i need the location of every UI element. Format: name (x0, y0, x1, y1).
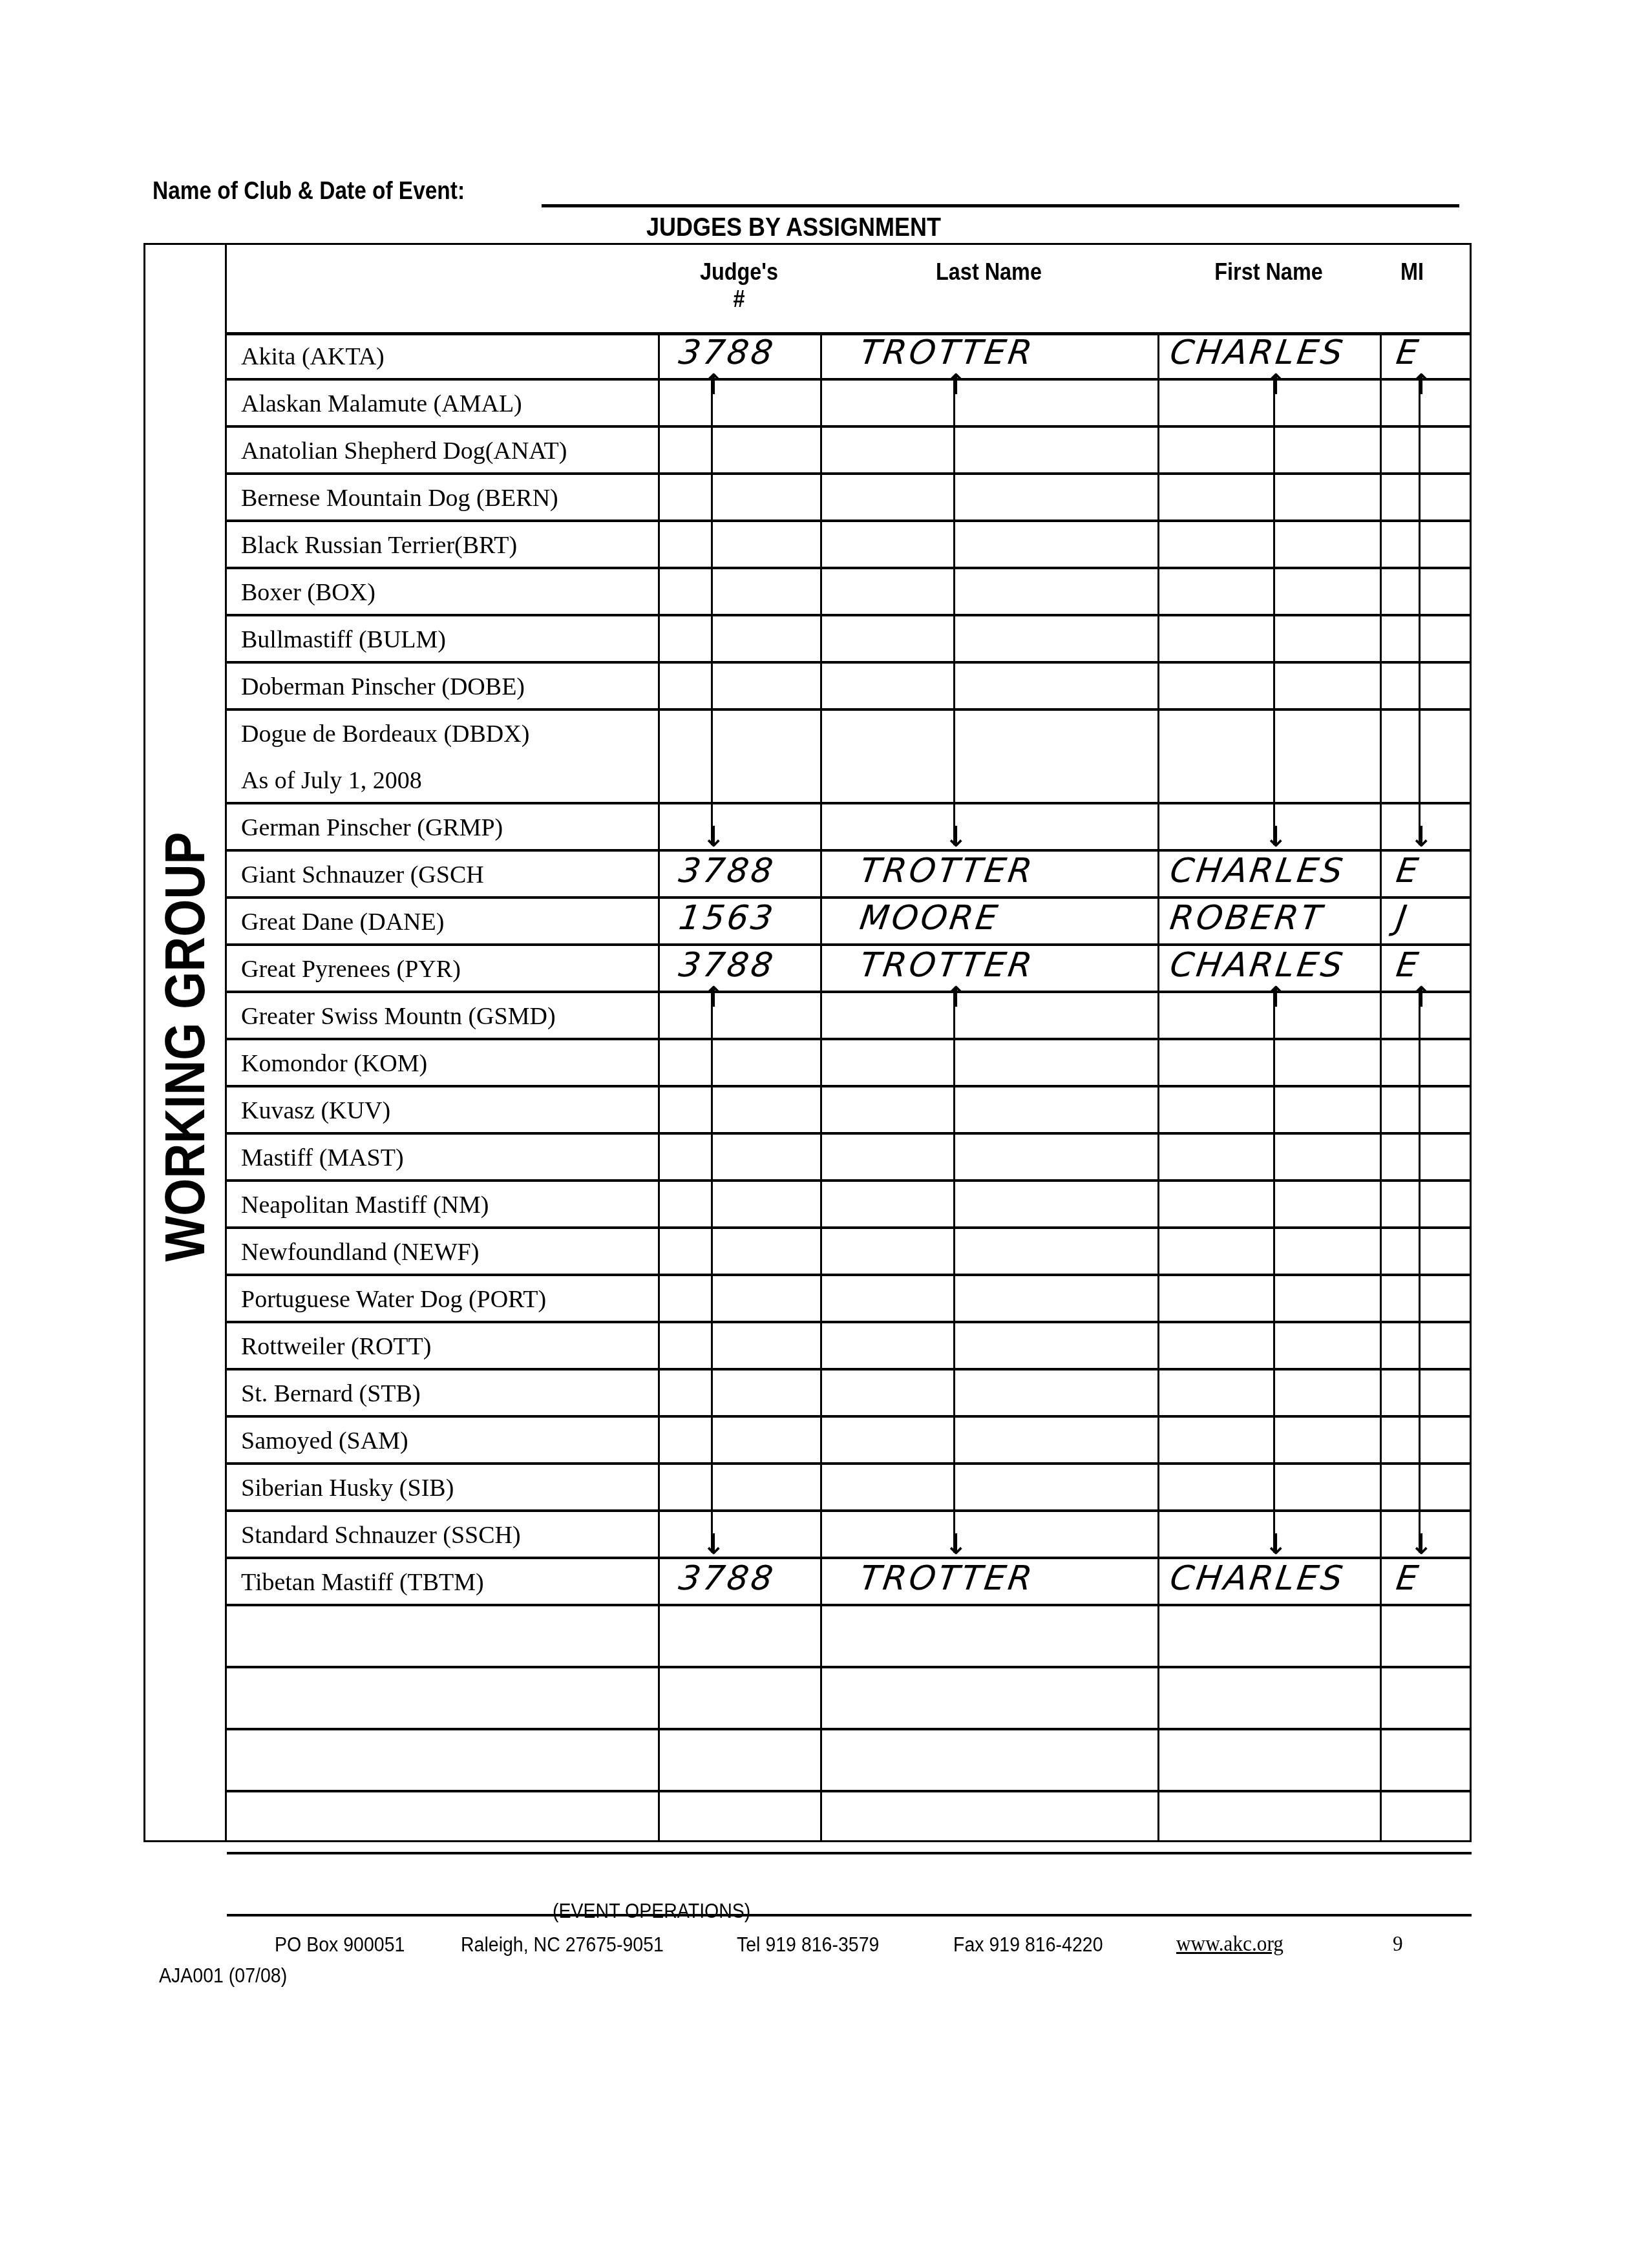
table-row: Komondor (KOM) (227, 1040, 1472, 1087)
table-row: Doberman Pinscher (DOBE) (227, 664, 1472, 711)
first-name-cell[interactable]: CHARLES (1168, 852, 1347, 890)
table-row: Boxer (BOX) (227, 569, 1472, 616)
footer-fax: Fax 919 816-4220 (953, 1933, 1103, 1957)
table-row (227, 1730, 1472, 1792)
last-name-cell[interactable]: TROTTER (858, 946, 1037, 985)
arrow-up-icon: ↑ (1410, 983, 1433, 1012)
arrow-up-icon: ↑ (944, 371, 968, 399)
mi-cell[interactable]: E (1394, 852, 1423, 890)
table-row: Kuvasz (KUV) (227, 1087, 1472, 1135)
breed-name: Alaskan Malamute (AMAL) (241, 390, 522, 418)
breed-name: St. Bernard (STB) (241, 1380, 421, 1408)
ditto-arrow-icon (953, 990, 955, 1553)
breed-name: Doberman Pinscher (DOBE) (241, 673, 525, 701)
first-name-cell[interactable]: ROBERT (1168, 899, 1327, 938)
col-header-judge-number: Judge's # (666, 258, 812, 313)
club-date-label: Name of Club & Date of Event: (153, 178, 465, 205)
table-row: Bernese Mountain Dog (BERN) (227, 475, 1472, 522)
table-row: Portuguese Water Dog (PORT) (227, 1276, 1472, 1323)
breed-name: Kuvasz (KUV) (241, 1097, 390, 1125)
judge-number-cell[interactable]: 3788 (677, 1559, 778, 1598)
last-name-cell[interactable]: TROTTER (858, 852, 1037, 890)
arrow-down-icon: ↓ (702, 823, 726, 852)
breed-name: Standard Schnauzer (SSCH) (241, 1521, 521, 1549)
mi-cell[interactable]: E (1394, 1559, 1423, 1598)
breed-name: Siberian Husky (SIB) (241, 1474, 454, 1502)
breed-name: Mastiff (MAST) (241, 1144, 404, 1172)
table-row (227, 1606, 1472, 1668)
breed-name: Samoyed (SAM) (241, 1427, 408, 1455)
table-row: Black Russian Terrier(BRT) (227, 522, 1472, 569)
ditto-arrow-icon (1273, 990, 1275, 1553)
judge-number-cell[interactable]: 1563 (677, 899, 778, 938)
table-row: Anatolian Shepherd Dog(ANAT) (227, 428, 1472, 475)
judge-number-cell[interactable]: 3788 (677, 852, 778, 890)
arrow-up-icon: ↑ (702, 983, 726, 1012)
mi-cell[interactable]: J (1394, 899, 1412, 938)
breed-name: Black Russian Terrier(BRT) (241, 531, 517, 560)
arrow-down-icon: ↓ (944, 823, 968, 852)
first-name-cell[interactable]: CHARLES (1168, 1559, 1347, 1598)
arrow-up-icon: ↑ (702, 371, 726, 399)
table-row: Newfoundland (NEWF) (227, 1229, 1472, 1276)
ditto-arrow-icon (711, 377, 713, 845)
club-date-field[interactable] (542, 204, 1459, 207)
breed-name: Boxer (BOX) (241, 578, 375, 607)
last-name-cell[interactable]: TROTTER (858, 333, 1037, 372)
first-name-cell[interactable]: CHARLES (1168, 333, 1347, 372)
footer-city: Raleigh, NC 27675-9051 (461, 1933, 664, 1957)
last-name-cell[interactable]: TROTTER (858, 1559, 1037, 1598)
breed-name: Anatolian Shepherd Dog(ANAT) (241, 437, 567, 465)
table-row: Giant Schnauzer (GSCH3788TROTTERCHARLESE (227, 852, 1472, 899)
footer-website-link[interactable]: www.akc.org (1176, 1932, 1284, 1957)
arrow-down-icon: ↓ (1410, 823, 1433, 852)
col-header-first-name: First Name (1168, 258, 1369, 286)
arrow-up-icon: ↑ (1264, 983, 1288, 1012)
table-row: Mastiff (MAST) (227, 1135, 1472, 1182)
breed-name: Bullmastiff (BULM) (241, 625, 446, 654)
arrow-up-icon: ↑ (1264, 371, 1288, 399)
breed-name: Giant Schnauzer (GSCH (241, 861, 484, 889)
table-row: Great Dane (DANE)1563MOOREROBERTJ (227, 899, 1472, 946)
ditto-arrow-icon (1419, 990, 1421, 1553)
footer-dept: (EVENT OPERATIONS) (553, 1900, 750, 1923)
table-row (227, 1792, 1472, 1854)
breed-name: Portuguese Water Dog (PORT) (241, 1285, 546, 1314)
table-row: Neapolitan Mastiff (NM) (227, 1182, 1472, 1229)
arrow-up-icon: ↑ (944, 983, 968, 1012)
table-row: Samoyed (SAM) (227, 1418, 1472, 1465)
table-row: Tibetan Mastiff (TBTM)3788TROTTERCHARLES… (227, 1559, 1472, 1606)
last-name-cell[interactable]: MOORE (858, 899, 1002, 938)
breed-name: Great Dane (DANE) (241, 908, 444, 936)
breed-name: Great Pyrenees (PYR) (241, 955, 461, 983)
table-row (227, 1668, 1472, 1730)
breed-name: Komondor (KOM) (241, 1049, 427, 1078)
group-label: WORKING GROUP (152, 832, 218, 1262)
table-row: Rottweiler (ROTT) (227, 1323, 1472, 1370)
mi-cell[interactable]: E (1394, 333, 1423, 372)
mi-cell[interactable]: E (1394, 946, 1423, 985)
breed-name: Tibetan Mastiff (TBTM) (241, 1568, 484, 1597)
arrow-up-icon: ↑ (1410, 371, 1433, 399)
col-header-judge-number-line2: # (666, 286, 812, 313)
table-row: Bullmastiff (BULM) (227, 616, 1472, 664)
arrow-down-icon: ↓ (1264, 1531, 1288, 1559)
breed-name: Neapolitan Mastiff (NM) (241, 1191, 489, 1219)
footer-tel: Tel 919 816-3579 (737, 1933, 879, 1957)
form-code: AJA001 (07/08) (159, 1964, 287, 1988)
arrow-down-icon: ↓ (1410, 1531, 1433, 1559)
ditto-arrow-icon (1273, 377, 1275, 845)
footer-po-box: PO Box 900051 (275, 1933, 405, 1957)
table-row: St. Bernard (STB) (227, 1370, 1472, 1418)
col-header-judge-number-line1: Judge's (666, 258, 812, 286)
breed-note: As of July 1, 2008 (241, 766, 422, 795)
arrow-down-icon: ↓ (702, 1531, 726, 1559)
ditto-arrow-icon (953, 377, 955, 845)
first-name-cell[interactable]: CHARLES (1168, 946, 1347, 985)
table-row: Dogue de Bordeaux (DBDX)As of July 1, 20… (227, 711, 1472, 804)
col-header-mi: MI (1383, 258, 1441, 286)
col-header-last-name: Last Name (837, 258, 1141, 286)
table-row: Siberian Husky (SIB) (227, 1465, 1472, 1512)
arrow-down-icon: ↓ (1264, 823, 1288, 852)
breed-name: German Pinscher (GRMP) (241, 814, 503, 842)
ditto-arrow-icon (1419, 377, 1421, 845)
arrow-down-icon: ↓ (944, 1531, 968, 1559)
col-divider (820, 333, 822, 1842)
breed-name: Newfoundland (NEWF) (241, 1238, 479, 1266)
col-divider (1380, 333, 1382, 1842)
page-title: JUDGES BY ASSIGNMENT (646, 213, 941, 242)
breed-name: Rottweiler (ROTT) (241, 1332, 431, 1361)
table-row (227, 1854, 1472, 1916)
ditto-arrow-icon (711, 990, 713, 1553)
page-number: 9 (1393, 1932, 1403, 1957)
col-divider (1157, 333, 1159, 1842)
breed-name: Bernese Mountain Dog (BERN) (241, 484, 558, 512)
judge-number-cell[interactable]: 3788 (677, 333, 778, 372)
breed-name: Greater Swiss Mountn (GSMD) (241, 1002, 556, 1031)
breed-name: Akita (AKTA) (241, 342, 385, 371)
judge-number-cell[interactable]: 3788 (677, 946, 778, 985)
breed-name: Dogue de Bordeaux (DBDX) (241, 720, 529, 748)
col-divider (658, 333, 660, 1842)
